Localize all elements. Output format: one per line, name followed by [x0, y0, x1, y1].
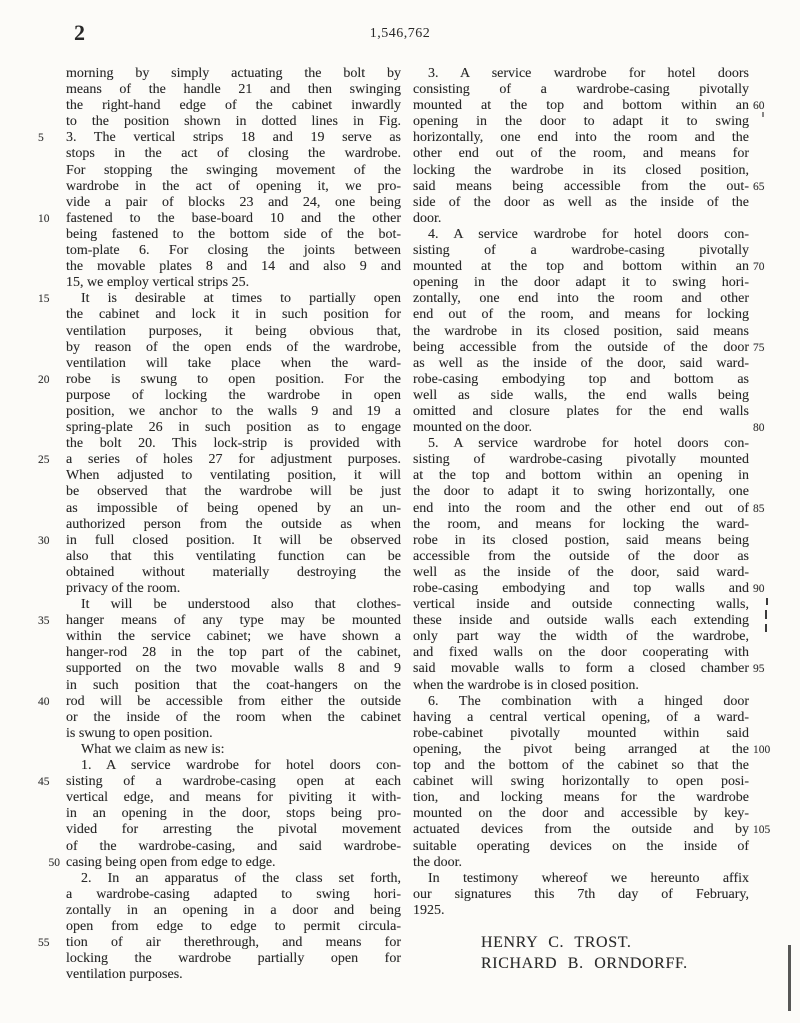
line-number: 50 — [38, 855, 60, 871]
line-text: the bolt 20. This lock-strip is provided… — [66, 436, 401, 451]
line-text: robe is swung to open position. For the — [66, 372, 401, 387]
line-text: tion, and locking means for the wardrobe — [413, 790, 749, 805]
line-text: fastened to the base-board 10 and the ot… — [66, 211, 401, 226]
line-text: 1925. — [413, 903, 445, 918]
line-text: 3. The vertical strips 18 and 19 serve a… — [66, 130, 401, 145]
line-text: accessible from the outside of the door … — [413, 549, 749, 564]
text-line: other end out of the room, and means for — [413, 146, 749, 162]
line-number: 5 — [38, 130, 60, 146]
line-text: when the wardrobe is in closed position. — [413, 678, 639, 693]
line-number: 20 — [38, 372, 60, 388]
text-line: vertical edge, and means for piviting it… — [66, 790, 401, 806]
signature: RICHARD B. ORNDORFF. — [481, 953, 749, 974]
line-text: being fastened to the bottom side of the… — [66, 227, 401, 242]
line-text: and fixed walls on the door cooperating … — [413, 645, 749, 660]
line-text: the movable plates 8 and 14 and also 9 a… — [66, 259, 401, 274]
line-text: at the top and bottom within an opening … — [413, 468, 749, 483]
text-line: spring-plate 26 in such position as to e… — [66, 420, 401, 436]
text-line: mounted at the top and bottom within an6… — [413, 98, 749, 114]
text-line: 5. A service wardrobe for hotel doors co… — [413, 436, 749, 452]
line-text: horizontally, one end into the room and … — [413, 130, 749, 145]
text-line: the right-hand edge of the cabinet inwar… — [66, 98, 401, 114]
text-line: a wardrobe-casing adapted to swing hori- — [66, 887, 401, 903]
line-text: door. — [413, 211, 441, 226]
line-text: tion of air therethrough, and means for — [66, 935, 401, 950]
text-line: open from edge to edge to permit circula… — [66, 919, 401, 935]
line-number: 35 — [38, 613, 60, 629]
line-text: vide a pair of blocks 23 and 24, one bei… — [66, 195, 401, 210]
text-line: consisting of a wardrobe-casing pivotall… — [413, 82, 749, 98]
line-text: ventilation purposes. — [66, 967, 183, 982]
text-line: morning by simply actuating the bolt by — [66, 66, 401, 82]
line-text: For stopping the swinging movement of th… — [66, 163, 401, 178]
text-line: 15, we employ vertical strips 25. — [66, 275, 401, 291]
line-text: stops in the act of closing the wardrobe… — [66, 146, 401, 161]
text-line: at the top and bottom within an opening … — [413, 468, 749, 484]
text-line: zontally in an opening in a door and bei… — [66, 903, 401, 919]
text-line: said movable walls to form a closed cham… — [413, 661, 749, 677]
text-line: our signatures this 7th day of February, — [413, 887, 749, 903]
text-line: in full closed position. It will be obse… — [66, 533, 401, 549]
text-line: rod will be accessible from either the o… — [66, 694, 401, 710]
text-line: of the wardrobe-casing, and said wardrob… — [66, 839, 401, 855]
scan-artifact — [765, 610, 767, 619]
line-number: 60 — [753, 98, 779, 114]
line-text: zontally in an opening in a door and bei… — [66, 903, 401, 918]
line-text: robe-cabinet pivotally mounted within sa… — [413, 726, 749, 741]
text-line: It will be understood also that clothes- — [66, 597, 401, 613]
text-line: being accessible from the outside of the… — [413, 340, 749, 356]
line-text: the door. — [413, 855, 462, 870]
text-line: suitable operating devices on the inside… — [413, 839, 749, 855]
line-text: privacy of the room. — [66, 581, 180, 596]
line-text: in an opening in the door, stops being p… — [66, 806, 401, 821]
right-column: 3. A service wardrobe for hotel doorscon… — [413, 66, 749, 983]
line-text: omitted and closure plates for the end w… — [413, 404, 749, 419]
text-line: top and the bottom of the cabinet so tha… — [413, 758, 749, 774]
text-line: When adjusted to ventilating position, i… — [66, 468, 401, 484]
text-line: stops in the act of closing the wardrobe… — [66, 146, 401, 162]
text-line: mounted on the door and accessible by ke… — [413, 806, 749, 822]
line-text: hanger-rod 28 in the top part of the cab… — [66, 645, 401, 660]
line-text: as well as the inside of the door, said … — [413, 356, 749, 371]
text-line: fastened to the base-board 10 and the ot… — [66, 211, 401, 227]
line-text: consisting of a wardrobe-casing pivotall… — [413, 82, 749, 97]
text-line: robe is swung to open position. For the2… — [66, 372, 401, 388]
text-line: within the service cabinet; we have show… — [66, 629, 401, 645]
text-line: means of the handle 21 and then swinging — [66, 82, 401, 98]
line-text: end into the room and the other end out … — [413, 501, 749, 516]
line-text: is swung to open position. — [66, 726, 213, 741]
line-text: 15, we employ vertical strips 25. — [66, 275, 249, 290]
line-text: our signatures this 7th day of February, — [413, 887, 749, 902]
line-text: ventilation will take place when the war… — [66, 356, 401, 371]
text-line: door. — [413, 211, 749, 227]
text-line: said means being accessible from the out… — [413, 179, 749, 195]
text-line: end into the room and the other end out … — [413, 501, 749, 517]
line-text: said movable walls to form a closed cham… — [413, 661, 749, 676]
text-line: mounted at the top and bottom within an7… — [413, 259, 749, 275]
line-text: locking the wardrobe in its closed posit… — [413, 163, 749, 178]
text-line: It is desirable at times to partially op… — [66, 291, 401, 307]
line-text: within the service cabinet; we have show… — [66, 629, 401, 644]
line-text: of the wardrobe-casing, and said wardrob… — [66, 839, 401, 854]
text-line: in an opening in the door, stops being p… — [66, 806, 401, 822]
text-line: What we claim as new is: — [66, 742, 401, 758]
text-line: tion, and locking means for the wardrobe — [413, 790, 749, 806]
line-text: robe-casing embodying and top walls and — [413, 581, 749, 596]
text-line: vertical inside and outside connecting w… — [413, 597, 749, 613]
line-number: 30 — [38, 533, 60, 549]
line-number: 95 — [753, 661, 779, 677]
line-text: or the inside of the room when the cabin… — [66, 710, 401, 725]
text-line: the cabinet and lock it in such position… — [66, 307, 401, 323]
line-text: these inside and outside walls each exte… — [413, 613, 749, 628]
line-text: 3. A service wardrobe for hotel doors — [428, 66, 749, 81]
line-text: vertical inside and outside connecting w… — [413, 597, 749, 612]
line-text: When adjusted to ventilating position, i… — [66, 468, 401, 483]
text-line: the wardrobe in its closed position, sai… — [413, 324, 749, 340]
line-text: tom-plate 6. For closing the joints betw… — [66, 243, 401, 258]
line-text: means of the handle 21 and then swinging — [66, 82, 401, 97]
line-number: 65 — [753, 179, 779, 195]
text-line: sisting of wardrobe-casing pivotally mou… — [413, 452, 749, 468]
line-text: suitable operating devices on the inside… — [413, 839, 749, 854]
text-line: robe in its closed postion, said means b… — [413, 533, 749, 549]
line-text: cabinet will swing horizontally to open … — [413, 774, 749, 789]
text-line: in such position that the coat-hangers o… — [66, 678, 401, 694]
text-line: as impossible of being opened by an un- — [66, 501, 401, 517]
line-text: only part way the width of the wardrobe, — [413, 629, 749, 644]
line-text: the wardrobe in its closed position, sai… — [413, 324, 749, 339]
text-line: opening, the pivot being arranged at the… — [413, 742, 749, 758]
patent-page: 2 1,546,762 morning by simply actuating … — [0, 0, 800, 1023]
line-text: opening in the door to adapt it to swing — [413, 114, 749, 129]
line-text: vertical edge, and means for piviting it… — [66, 790, 401, 805]
text-line: or the inside of the room when the cabin… — [66, 710, 401, 726]
line-text: side of the door as well as the inside o… — [413, 195, 749, 210]
text-line: locking the wardrobe partially open for — [66, 951, 401, 967]
line-text: 4. A service wardrobe for hotel doors co… — [428, 227, 749, 242]
line-number: 25 — [38, 452, 60, 468]
line-text: hanger means of any type may be mounted — [66, 613, 401, 628]
line-text: What we claim as new is: — [81, 742, 224, 757]
text-line: 3. The vertical strips 18 and 19 serve a… — [66, 130, 401, 146]
line-number: 10 — [38, 211, 60, 227]
text-line: the room, and means for locking the ward… — [413, 517, 749, 533]
text-line: 3. A service wardrobe for hotel doors — [413, 66, 749, 82]
line-text: 1. A service wardrobe for hotel doors co… — [81, 758, 401, 773]
text-line: being fastened to the bottom side of the… — [66, 227, 401, 243]
text-line: only part way the width of the wardrobe, — [413, 629, 749, 645]
text-line: the bolt 20. This lock-strip is provided… — [66, 436, 401, 452]
text-line: the movable plates 8 and 14 and also 9 a… — [66, 259, 401, 275]
line-number: 90 — [753, 581, 779, 597]
line-text: position, we anchor to the walls 9 and 1… — [66, 404, 401, 419]
line-text: 5. A service wardrobe for hotel doors co… — [428, 436, 749, 451]
text-line: horizontally, one end into the room and … — [413, 130, 749, 146]
text-line: is swung to open position. — [66, 726, 401, 742]
text-line: the door. — [413, 855, 749, 871]
line-text: morning by simply actuating the bolt by — [66, 66, 401, 81]
line-text: locking the wardrobe partially open for — [66, 951, 401, 966]
text-line: supported on the two movable walls 8 and… — [66, 661, 401, 677]
text-line: also that this ventilating function can … — [66, 549, 401, 565]
text-line: 6. The combination with a hinged door — [413, 694, 749, 710]
text-line: well as side walls, the end walls being — [413, 388, 749, 404]
text-line: a series of holes 27 for adjustment purp… — [66, 452, 401, 468]
text-line: actuated devices from the outside and by… — [413, 822, 749, 838]
text-line: zontally, one end into the room and othe… — [413, 291, 749, 307]
text-line: cabinet will swing horizontally to open … — [413, 774, 749, 790]
line-number: 45 — [38, 774, 60, 790]
scan-artifact — [766, 598, 768, 605]
line-number: 40 — [38, 694, 60, 710]
text-line: accessible from the outside of the door … — [413, 549, 749, 565]
text-line: as well as the inside of the door, said … — [413, 356, 749, 372]
line-text: sisting of wardrobe-casing pivotally mou… — [413, 452, 749, 467]
text-line: these inside and outside walls each exte… — [413, 613, 749, 629]
line-text: the cabinet and lock it in such position… — [66, 307, 401, 322]
text-line: sisting of a wardrobe-casing pivotally — [413, 243, 749, 259]
line-text: being accessible from the outside of the… — [413, 340, 749, 355]
text-line: wardrobe in the act of opening it, we pr… — [66, 179, 401, 195]
line-text: opening, the pivot being arranged at the — [413, 742, 749, 757]
line-text: mounted at the top and bottom within an — [413, 98, 749, 113]
line-text: purpose of locking the wardrobe in open — [66, 388, 401, 403]
line-number: 100 — [753, 742, 779, 758]
text-line: ventilation purposes, it being obvious t… — [66, 324, 401, 340]
line-text: well as the inside of the door, said war… — [413, 565, 749, 580]
text-line: authorized person from the outside as wh… — [66, 517, 401, 533]
line-text: sisting of a wardrobe-casing open at eac… — [66, 774, 401, 789]
line-text: having a central vertical opening, of a … — [413, 710, 749, 725]
text-line: mounted on the door.80 — [413, 420, 749, 436]
line-text: the door to adapt it to swing horizontal… — [413, 484, 749, 499]
line-text: open from edge to edge to permit circula… — [66, 919, 401, 934]
line-text: spring-plate 26 in such position as to e… — [66, 420, 401, 435]
left-column: morning by simply actuating the bolt bym… — [66, 66, 401, 983]
line-text: top and the bottom of the cabinet so tha… — [413, 758, 749, 773]
line-text: the room, and means for locking the ward… — [413, 517, 749, 532]
line-text: to the position shown in dotted lines in… — [66, 114, 401, 129]
line-text: the right-hand edge of the cabinet inwar… — [66, 98, 401, 113]
text-line: well as the inside of the door, said war… — [413, 565, 749, 581]
text-line: and fixed walls on the door cooperating … — [413, 645, 749, 661]
line-number: 75 — [753, 340, 779, 356]
line-text: robe in its closed postion, said means b… — [413, 533, 749, 548]
line-number: 70 — [753, 259, 779, 275]
line-text: a wardrobe-casing adapted to swing hori- — [66, 887, 401, 902]
text-line: 2. In an apparatus of the class set fort… — [66, 871, 401, 887]
line-text: mounted at the top and bottom within an — [413, 259, 749, 274]
text-line: sisting of a wardrobe-casing open at eac… — [66, 774, 401, 790]
line-text: actuated devices from the outside and by — [413, 822, 749, 837]
line-text: zontally, one end into the room and othe… — [413, 291, 749, 306]
text-line: hanger-rod 28 in the top part of the cab… — [66, 645, 401, 661]
line-text: opening in the door adapt it to swing ho… — [413, 275, 749, 290]
text-line: For stopping the swinging movement of th… — [66, 163, 401, 179]
text-line: side of the door as well as the inside o… — [413, 195, 749, 211]
text-line: having a central vertical opening, of a … — [413, 710, 749, 726]
text-line: tom-plate 6. For closing the joints betw… — [66, 243, 401, 259]
scan-artifact — [788, 945, 791, 1011]
text-line: locking the wardrobe in its closed posit… — [413, 163, 749, 179]
line-text: casing being open from edge to edge. — [66, 855, 276, 870]
text-columns: morning by simply actuating the bolt bym… — [66, 66, 749, 983]
line-number: 80 — [753, 420, 779, 436]
line-number: 15 — [38, 291, 60, 307]
text-line: be observed that the wardrobe will be ju… — [66, 484, 401, 500]
line-text: obtained without materially destroying t… — [66, 565, 401, 580]
scan-artifact — [765, 624, 767, 632]
line-text: It will be understood also that clothes- — [81, 597, 401, 612]
line-text: in full closed position. It will be obse… — [66, 533, 401, 548]
line-text: well as side walls, the end walls being — [413, 388, 749, 403]
signature-block: HENRY C. TROST.RICHARD B. ORNDORFF. — [413, 932, 749, 974]
text-line: purpose of locking the wardrobe in open — [66, 388, 401, 404]
line-number: 85 — [753, 501, 779, 517]
text-line: robe-casing embodying and top walls and9… — [413, 581, 749, 597]
line-text: It is desirable at times to partially op… — [81, 291, 401, 306]
line-text: a series of holes 27 for adjustment purp… — [66, 452, 401, 467]
line-text: robe-casing embodying top and bottom as — [413, 372, 749, 387]
line-text: in such position that the coat-hangers o… — [66, 678, 401, 693]
line-text: as impossible of being opened by an un- — [66, 501, 401, 516]
line-text: wardrobe in the act of opening it, we pr… — [66, 179, 401, 194]
line-text: rod will be accessible from either the o… — [66, 694, 401, 709]
scan-artifact — [762, 112, 764, 117]
text-line: privacy of the room. — [66, 581, 401, 597]
text-line: the door to adapt it to swing horizontal… — [413, 484, 749, 500]
line-text: be observed that the wardrobe will be ju… — [66, 484, 401, 499]
text-line: end out of the room, and means for locki… — [413, 307, 749, 323]
text-line: when the wardrobe is in closed position. — [413, 678, 749, 694]
line-text: 2. In an apparatus of the class set fort… — [81, 871, 401, 886]
line-text: by reason of the open ends of the wardro… — [66, 340, 401, 355]
text-line: In testimony whereof we hereunto affix — [413, 871, 749, 887]
line-text: mounted on the door and accessible by ke… — [413, 806, 749, 821]
line-text: authorized person from the outside as wh… — [66, 517, 401, 532]
line-text: also that this ventilating function can … — [66, 549, 401, 564]
text-line: tion of air therethrough, and means for5… — [66, 935, 401, 951]
text-line: vided for arresting the pivotal movement — [66, 822, 401, 838]
text-line: position, we anchor to the walls 9 and 1… — [66, 404, 401, 420]
line-text: In testimony whereof we hereunto affix — [428, 871, 749, 886]
signature: HENRY C. TROST. — [481, 932, 749, 953]
text-line: opening in the door to adapt it to swing — [413, 114, 749, 130]
line-text: ventilation purposes, it being obvious t… — [66, 324, 401, 339]
text-line: ventilation will take place when the war… — [66, 356, 401, 372]
line-text: mounted on the door. — [413, 420, 532, 435]
text-line: ventilation purposes. — [66, 967, 401, 983]
patent-number: 1,546,762 — [0, 26, 800, 42]
text-line: 4. A service wardrobe for hotel doors co… — [413, 227, 749, 243]
text-line: opening in the door adapt it to swing ho… — [413, 275, 749, 291]
text-line: 1925. — [413, 903, 749, 919]
text-line: omitted and closure plates for the end w… — [413, 404, 749, 420]
line-text: said means being accessible from the out… — [413, 179, 749, 194]
text-line: 1. A service wardrobe for hotel doors co… — [66, 758, 401, 774]
line-text: end out of the room, and means for locki… — [413, 307, 749, 322]
line-text: vided for arresting the pivotal movement — [66, 822, 401, 837]
line-text: sisting of a wardrobe-casing pivotally — [413, 243, 749, 258]
line-text: 6. The combination with a hinged door — [428, 694, 749, 709]
line-number: 55 — [38, 935, 60, 951]
text-line: robe-casing embodying top and bottom as — [413, 372, 749, 388]
line-text: other end out of the room, and means for — [413, 146, 749, 161]
text-line: casing being open from edge to edge.50 — [66, 855, 401, 871]
line-text: supported on the two movable walls 8 and… — [66, 661, 401, 676]
line-number: 105 — [753, 822, 779, 838]
text-line: to the position shown in dotted lines in… — [66, 114, 401, 130]
text-line: robe-cabinet pivotally mounted within sa… — [413, 726, 749, 742]
text-line: obtained without materially destroying t… — [66, 565, 401, 581]
text-line: hanger means of any type may be mounted3… — [66, 613, 401, 629]
text-line: by reason of the open ends of the wardro… — [66, 340, 401, 356]
text-line: vide a pair of blocks 23 and 24, one bei… — [66, 195, 401, 211]
